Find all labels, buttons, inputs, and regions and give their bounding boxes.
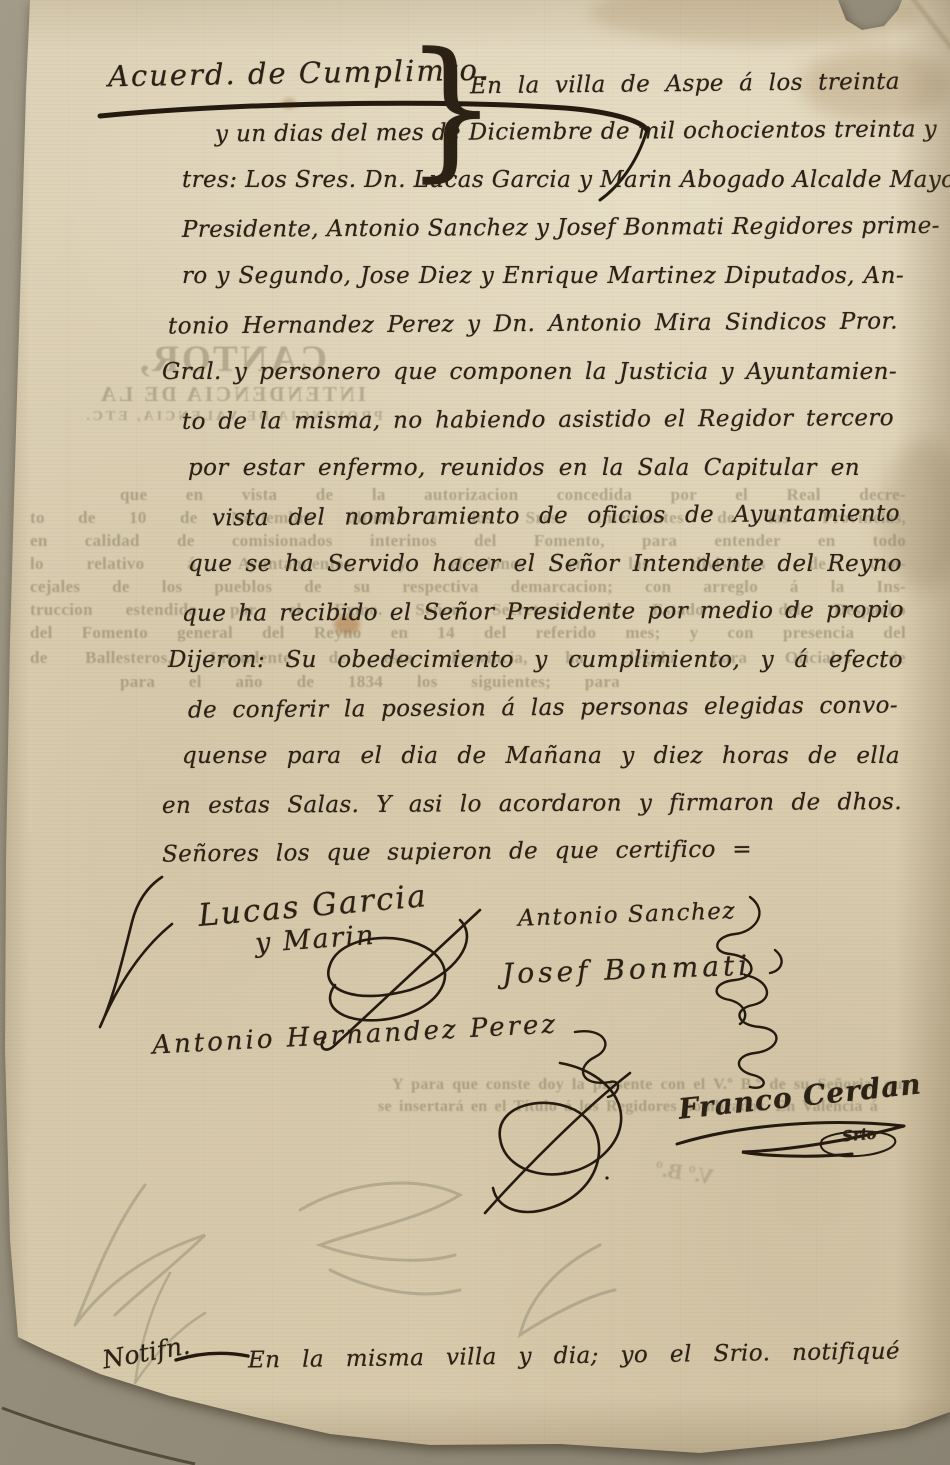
- paper-sheet: CANTOR, INTENDENCIA DE LA PROVINCIA DE V…: [0, 0, 950, 1465]
- rubric-josef-bonmati: [715, 945, 795, 1095]
- ghost-print-line: truccion estendida por el Exmo. Señor Se…: [30, 601, 906, 620]
- manuscript-line: tonio Hernandez Perez y Dn. Antonio Mira…: [168, 309, 898, 339]
- ghost-print-line: del Fomento general del Reyno en 14 del …: [30, 624, 906, 643]
- manuscript-line: que se ha Servido hacer el Señor Intende…: [188, 552, 902, 577]
- ghost-print-line: lo relativo á Ayuntamientos, y eleccione…: [30, 555, 906, 574]
- ghost-print-subtitle-2: PROVINCIA DE VALENCIA, ETC.: [48, 409, 418, 425]
- manuscript-line: En la villa de Aspe á los treinta: [470, 70, 900, 100]
- ghost-vb-mark: V.º B.º: [653, 1156, 715, 1190]
- rubric-cerdan: [672, 1106, 912, 1166]
- ghost-print-title: CANTOR,: [62, 338, 402, 381]
- manuscript-line: vista del nombramiento de oficios de Ayu…: [212, 502, 900, 532]
- rubric-antonio-sanchez: [695, 892, 770, 1027]
- ghost-print-line: to de 10 de Noviembre último á los Sres.…: [30, 509, 906, 528]
- ghost-flourish: [500, 1235, 630, 1365]
- heading-brace: }: [404, 20, 498, 195]
- signature-cerdan: Franco Cerdan: [677, 1067, 923, 1125]
- water-stain: [590, 0, 920, 44]
- manuscript-line: Señores los que supieron de que certific…: [162, 837, 752, 867]
- ghost-flourish: [270, 1150, 490, 1340]
- signature-lucas-garcia: Lucas Garcia: [197, 878, 429, 934]
- ghost-print-line: para el año de 1834 los siguientes; para: [120, 673, 620, 692]
- paper-sheet-shadow: CANTOR, INTENDENCIA DE LA PROVINCIA DE V…: [0, 0, 950, 1465]
- manuscript-line: tres: Los Sres. Dn. Lucas Garcia y Marin…: [182, 168, 904, 193]
- signature-lucas-garcia-line2: y Marin: [254, 920, 376, 959]
- manuscript-line: ro y Segundo, Jose Diez y Enrique Martin…: [182, 264, 904, 289]
- ghost-print-line: cejales de los pueblos de su respectiva …: [30, 578, 906, 597]
- manuscript-line: Presidente, Antonio Sanchez y Josef Bonm…: [182, 214, 900, 243]
- signature-antonio-sanchez: Antonio Sanchez: [518, 898, 737, 932]
- notification-text: En la misma villa y dia; yo el Srio. not…: [248, 1339, 900, 1373]
- pen-flourish: [92, 872, 182, 1032]
- fox-spot: [282, 98, 296, 109]
- fox-spot: [334, 615, 360, 634]
- crease-shadow: [882, 0, 950, 64]
- manuscript-line: y un dias del mes de Diciembre de mil oc…: [215, 118, 900, 148]
- manuscript-line: de conferir la posesion á las personas e…: [188, 694, 898, 724]
- ghost-certificate-line: se insertará en el Título á los Regidore…: [378, 1098, 878, 1116]
- notification-dash: [172, 1348, 252, 1364]
- notification-label: Notifn.: [100, 1331, 192, 1375]
- heading-underline: [95, 96, 675, 206]
- ghost-flourish: [55, 1175, 235, 1335]
- manuscript-line: en estas Salas. Y asi lo acordaron y fir…: [162, 790, 902, 819]
- signature-antonio-hernandez: Antonio Hernandez Perez: [151, 1009, 558, 1060]
- rubric-central: [465, 1058, 665, 1223]
- manuscript-line: que ha recibido el Señor Presidente por …: [182, 598, 904, 627]
- ghost-print-line: que en vista de la autorizacion concedid…: [120, 486, 906, 505]
- manuscript-line: Dijeron: Su obedecimiento y cumplimiento…: [168, 648, 903, 673]
- signature-cerdan-title: Srio: [841, 1125, 877, 1146]
- ghost-print-subtitle: INTENDENCIA DE LA: [52, 382, 412, 407]
- ghost-certificate-line: Y para que conste doy la presente con el…: [392, 1076, 910, 1094]
- manuscript-line: to de la misma, no habiendo asistido el …: [182, 406, 894, 435]
- ghost-flourish: [120, 1268, 220, 1388]
- heading-acuerdo: Acuerd. de Cumplimto.: [108, 53, 490, 94]
- rubric-antonio-hernandez: [560, 1022, 630, 1102]
- manuscript-line: quense para el dia de Mañana y diez hora…: [182, 744, 900, 769]
- signature-josef-bonmati: Josef Bonmati: [502, 949, 752, 991]
- water-stain: [800, 48, 950, 122]
- manuscript-photo: CANTOR, INTENDENCIA DE LA PROVINCIA DE V…: [0, 0, 950, 1465]
- ghost-print-line: en calidad de comisionados interinos del…: [30, 532, 906, 551]
- manuscript-line: Gral. y personero que componen la Justic…: [162, 360, 897, 385]
- page-curl-shadow: [880, 440, 950, 590]
- rubric-lucas-garcia: [295, 905, 495, 1050]
- ghost-print-line: de Ballesteros, Intendente de esta Provi…: [30, 649, 906, 668]
- manuscript-line: por estar enfermo, reunidos en la Sala C…: [188, 456, 860, 481]
